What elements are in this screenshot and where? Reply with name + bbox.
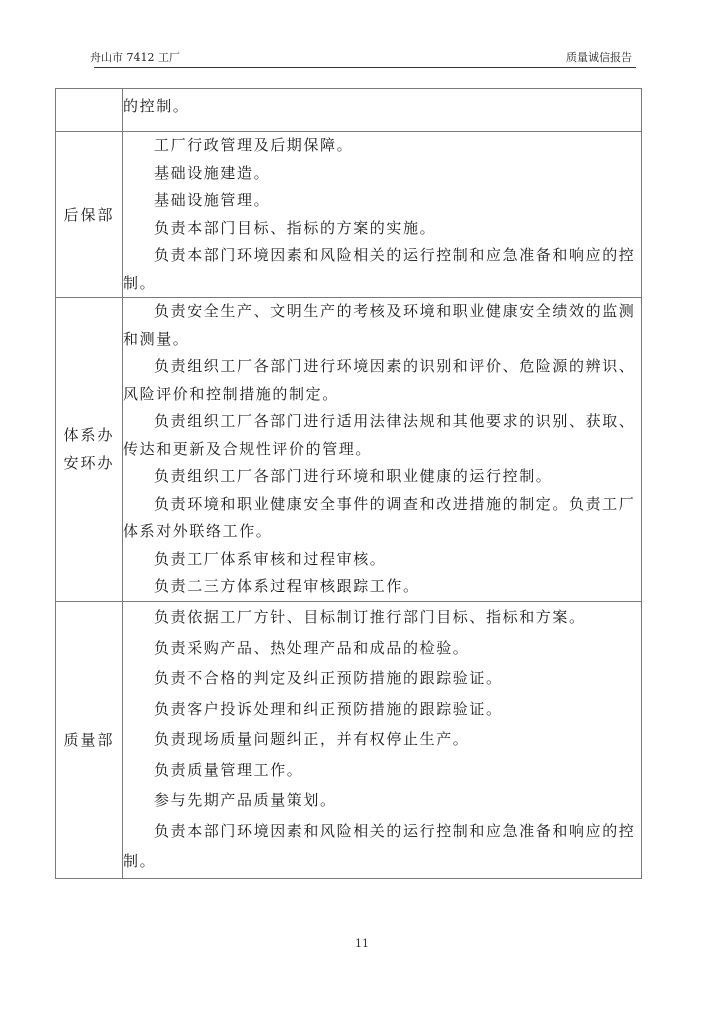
- department-duties-table: 的控制。 后保部 工厂行政管理及后期保障。 基础设施建造。 基础设施管理。 负责…: [55, 88, 642, 879]
- page-header: 舟山市 7412 工厂 质量诚信报告: [90, 49, 632, 65]
- dept-cell: 质量部: [56, 601, 123, 878]
- duties-cell: 工厂行政管理及后期保障。 基础设施建造。 基础设施管理。 负责本部门目标、指标的…: [123, 132, 642, 298]
- dept-cell: [56, 89, 123, 132]
- dept-cell: 后保部: [56, 132, 123, 298]
- header-company: 舟山市 7412 工厂: [90, 49, 180, 65]
- table-row: 体系办 安环办 负责安全生产、文明生产的考核及环境和职业健康安全绩效的监测和测量…: [56, 298, 642, 602]
- duty-item: 负责组织工厂各部门进行环境和职业健康的运行控制。: [123, 463, 641, 491]
- page-number: 11: [0, 937, 724, 950]
- duty-item: 负责组织工厂各部门进行适用法律法规和其他要求的识别、获取、传达和更新及合规性评价…: [123, 408, 641, 463]
- duty-item: 负责本部门目标、指标的方案的实施。: [123, 215, 641, 243]
- duty-item: 基础设施管理。: [123, 187, 641, 215]
- duty-item: 负责本部门环境因素和风险相关的运行控制和应急准备和响应的控制。: [123, 242, 641, 297]
- dept-cell: 体系办 安环办: [56, 298, 123, 602]
- duties-cell: 负责依据工厂方针、目标制订推行部门目标、指标和方案。 负责采购产品、热处理产品和…: [123, 601, 642, 878]
- table-row: 后保部 工厂行政管理及后期保障。 基础设施建造。 基础设施管理。 负责本部门目标…: [56, 132, 642, 298]
- duty-item: 负责安全生产、文明生产的考核及环境和职业健康安全绩效的监测和测量。: [123, 298, 641, 353]
- duty-item: 负责依据工厂方针、目标制订推行部门目标、指标和方案。: [123, 602, 641, 633]
- duty-item: 基础设施建造。: [123, 160, 641, 188]
- duty-item: 负责采购产品、热处理产品和成品的检验。: [123, 633, 641, 664]
- duty-item: 负责二三方体系过程审核跟踪工作。: [123, 573, 641, 601]
- duty-item: 负责本部门环境因素和风险相关的运行控制和应急准备和响应的控制。: [123, 816, 641, 877]
- duty-item: 负责现场质量问题纠正，并有权停止生产。: [123, 724, 641, 755]
- header-report-title: 质量诚信报告: [566, 49, 632, 65]
- duty-item: 工厂行政管理及后期保障。: [123, 132, 641, 160]
- table-row: 质量部 负责依据工厂方针、目标制订推行部门目标、指标和方案。 负责采购产品、热处…: [56, 601, 642, 878]
- dept-label-line: 体系办: [56, 421, 122, 449]
- table-row: 的控制。: [56, 89, 642, 132]
- duty-item: 负责环境和职业健康安全事件的调查和改进措施的制定。负责工厂体系对外联络工作。: [123, 491, 641, 546]
- dept-label-line: 安环办: [56, 449, 122, 477]
- header-divider: [94, 67, 636, 68]
- duty-item: 负责客户投诉处理和纠正预防措施的跟踪验证。: [123, 694, 641, 725]
- duty-item: 参与先期产品质量策划。: [123, 785, 641, 816]
- duty-item: 负责质量管理工作。: [123, 755, 641, 786]
- duties-cell: 的控制。: [123, 89, 642, 132]
- duties-cell: 负责安全生产、文明生产的考核及环境和职业健康安全绩效的监测和测量。 负责组织工厂…: [123, 298, 642, 602]
- duty-item: 负责不合格的判定及纠正预防措施的跟踪验证。: [123, 663, 641, 694]
- duty-item: 负责工厂体系审核和过程审核。: [123, 546, 641, 574]
- duty-item: 的控制。: [123, 93, 641, 121]
- duty-item: 负责组织工厂各部门进行环境因素的识别和评价、危险源的辨识、风险评价和控制措施的制…: [123, 353, 641, 408]
